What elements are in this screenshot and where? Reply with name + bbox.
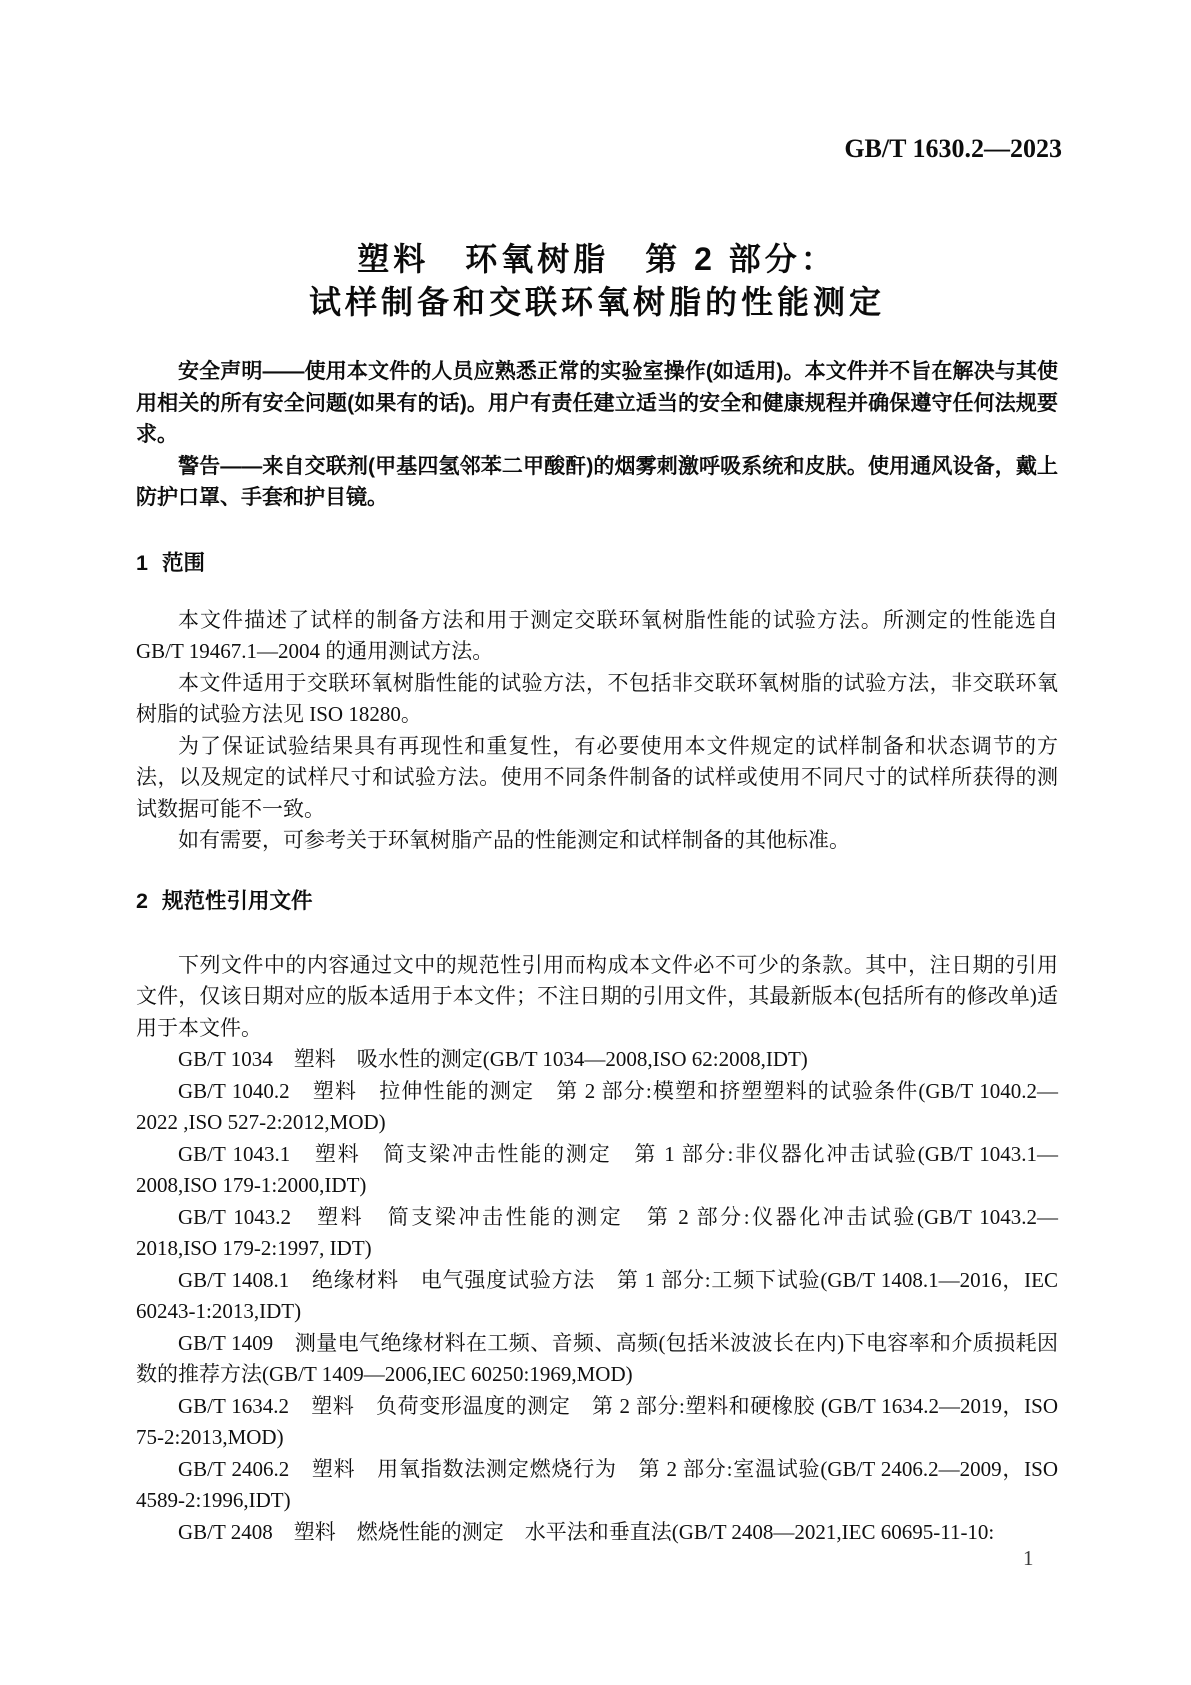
section-number: 2 bbox=[136, 888, 148, 915]
scope-paragraph: 本文件适用于交联环氧树脂性能的试验方法，不包括非交联环氧树脂的试验方法，非交联环… bbox=[136, 668, 1058, 731]
section-heading-scope: 1范围 bbox=[136, 550, 1058, 577]
section-number: 1 bbox=[136, 550, 148, 577]
section-title: 范围 bbox=[162, 551, 205, 575]
document-title-line-1: 塑料 环氧树脂 第 2 部分： bbox=[136, 238, 1058, 281]
reference-item: GB/T 2406.2 塑料 用氧指数法测定燃烧行为 第 2 部分:室温试验(G… bbox=[136, 1454, 1058, 1517]
document-title: 塑料 环氧树脂 第 2 部分： 试样制备和交联环氧树脂的性能测定 bbox=[136, 238, 1058, 324]
safety-statement: 安全声明——使用本文件的人员应熟悉正常的实验室操作(如适用)。本文件并不旨在解决… bbox=[136, 356, 1058, 451]
reference-item: GB/T 1043.2 塑料 简支梁冲击性能的测定 第 2 部分:仪器化冲击试验… bbox=[136, 1202, 1058, 1265]
page-content: 塑料 环氧树脂 第 2 部分： 试样制备和交联环氧树脂的性能测定 安全声明——使… bbox=[136, 0, 1058, 1548]
section-title: 规范性引用文件 bbox=[162, 889, 313, 913]
reference-item: GB/T 1634.2 塑料 负荷变形温度的测定 第 2 部分:塑料和硬橡胶 (… bbox=[136, 1391, 1058, 1454]
page-number: 1 bbox=[1023, 1546, 1034, 1571]
reference-item: GB/T 2408 塑料 燃烧性能的测定 水平法和垂直法(GB/T 2408—2… bbox=[136, 1517, 1058, 1549]
scope-paragraph: 为了保证试验结果具有再现性和重复性，有必要使用本文件规定的试样制备和状态调节的方… bbox=[136, 731, 1058, 826]
notices-block: 安全声明——使用本文件的人员应熟悉正常的实验室操作(如适用)。本文件并不旨在解决… bbox=[136, 356, 1058, 514]
scope-paragraph: 本文件描述了试样的制备方法和用于测定交联环氧树脂性能的试验方法。所测定的性能选自… bbox=[136, 605, 1058, 668]
reference-item: GB/T 1034 塑料 吸水性的测定(GB/T 1034—2008,ISO 6… bbox=[136, 1044, 1058, 1076]
reference-item: GB/T 1409 测量电气绝缘材料在工频、音频、高频(包括米波波长在内)下电容… bbox=[136, 1328, 1058, 1391]
scope-paragraph: 如有需要，可参考关于环氧树脂产品的性能测定和试样制备的其他标准。 bbox=[136, 825, 1058, 857]
document-page: GB/T 1630.2—2023 塑料 环氧树脂 第 2 部分： 试样制备和交联… bbox=[0, 0, 1191, 1685]
reference-item: GB/T 1043.1 塑料 简支梁冲击性能的测定 第 1 部分:非仪器化冲击试… bbox=[136, 1139, 1058, 1202]
reference-item: GB/T 1408.1 绝缘材料 电气强度试验方法 第 1 部分:工频下试验(G… bbox=[136, 1265, 1058, 1328]
section-heading-normative-references: 2规范性引用文件 bbox=[136, 888, 1058, 915]
reference-item: GB/T 1040.2 塑料 拉伸性能的测定 第 2 部分:模塑和挤塑塑料的试验… bbox=[136, 1076, 1058, 1139]
normative-references-intro: 下列文件中的内容通过文中的规范性引用而构成本文件必不可少的条款。其中，注日期的引… bbox=[136, 950, 1058, 1045]
warning-statement: 警告——来自交联剂(甲基四氢邻苯二甲酸酐)的烟雾刺激呼吸系统和皮肤。使用通风设备… bbox=[136, 451, 1058, 514]
document-title-line-2: 试样制备和交联环氧树脂的性能测定 bbox=[136, 281, 1058, 324]
